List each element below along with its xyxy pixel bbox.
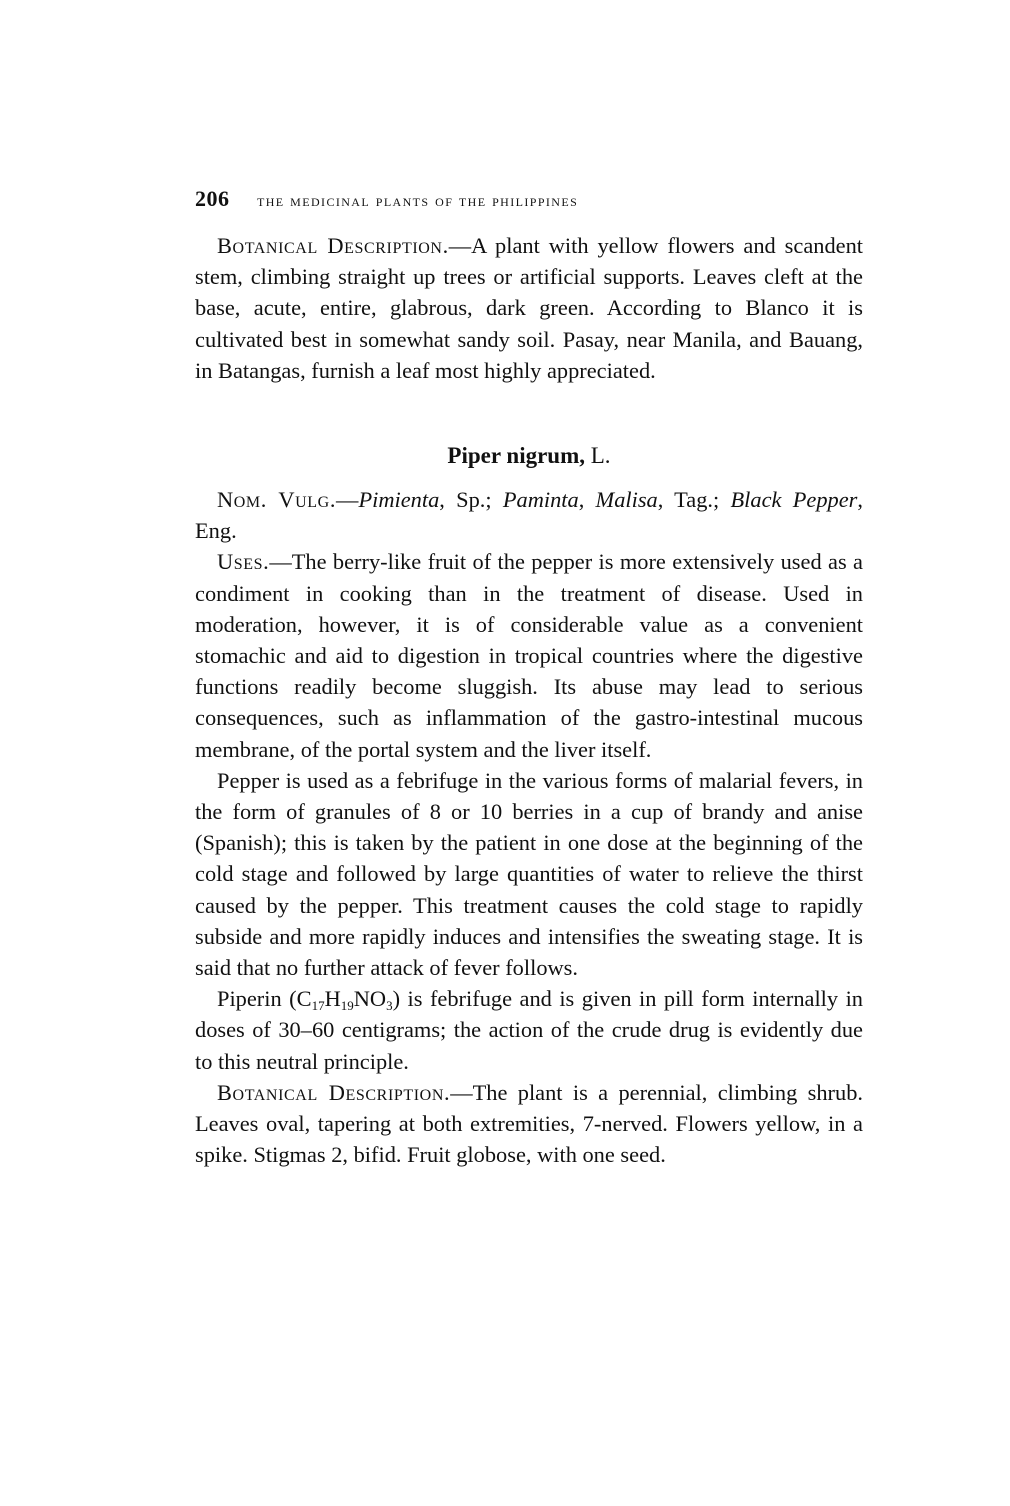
species-name: Piper nigrum,	[447, 443, 585, 468]
species-authority: L.	[591, 443, 611, 468]
botanical-description-label: Botanical Description.	[217, 233, 449, 258]
book-page: 206 THE MEDICINAL PLANTS OF THE PHILIPPI…	[195, 186, 863, 1170]
formula-hydrogen: H	[325, 986, 341, 1011]
chemical-formula: C17H19NO3	[297, 986, 393, 1011]
nom-vulg-dash: —	[336, 487, 358, 512]
piperin-lead: Piperin (	[217, 986, 297, 1011]
common-name-language: , Tag.;	[658, 487, 731, 512]
common-name-language: ,	[579, 487, 596, 512]
formula-hydrogen-count: 19	[341, 998, 354, 1013]
febrifuge-paragraph: Pepper is used as a febrifuge in the var…	[195, 765, 863, 983]
common-name-language: , Sp.;	[439, 487, 503, 512]
formula-oxygen: O	[370, 986, 386, 1011]
species-heading: Piper nigrum, L.	[195, 440, 863, 472]
page-number: 206	[195, 186, 257, 212]
running-head: 206 THE MEDICINAL PLANTS OF THE PHILIPPI…	[195, 186, 863, 216]
piperin-paragraph: Piperin (C17H19NO3) is febrifuge and is …	[195, 983, 863, 1077]
formula-carbon: C	[297, 986, 312, 1011]
botanical-description-label: Botanical Description.	[217, 1080, 450, 1105]
common-name: Pimienta	[358, 487, 439, 512]
previous-botanical-description-paragraph: Botanical Description.—A plant with yell…	[195, 230, 863, 386]
formula-nitrogen: N	[354, 986, 370, 1011]
nom-vulg-label: Nom. Vulg.	[217, 487, 336, 512]
uses-text: —The berry-like fruit of the pepper is m…	[195, 549, 863, 761]
common-name: Black Pepper	[731, 487, 858, 512]
running-title: THE MEDICINAL PLANTS OF THE PHILIPPINES	[257, 191, 578, 211]
common-name: Malisa	[596, 487, 658, 512]
common-name: Paminta	[503, 487, 579, 512]
botanical-description-paragraph: Botanical Description.—The plant is a pe…	[195, 1077, 863, 1171]
nom-vulg-paragraph: Nom. Vulg.—Pimienta, Sp.; Paminta, Malis…	[195, 484, 863, 546]
uses-label: Uses.	[217, 549, 269, 574]
uses-paragraph: Uses.—The berry-like fruit of the pepper…	[195, 546, 863, 764]
formula-carbon-count: 17	[312, 998, 325, 1013]
